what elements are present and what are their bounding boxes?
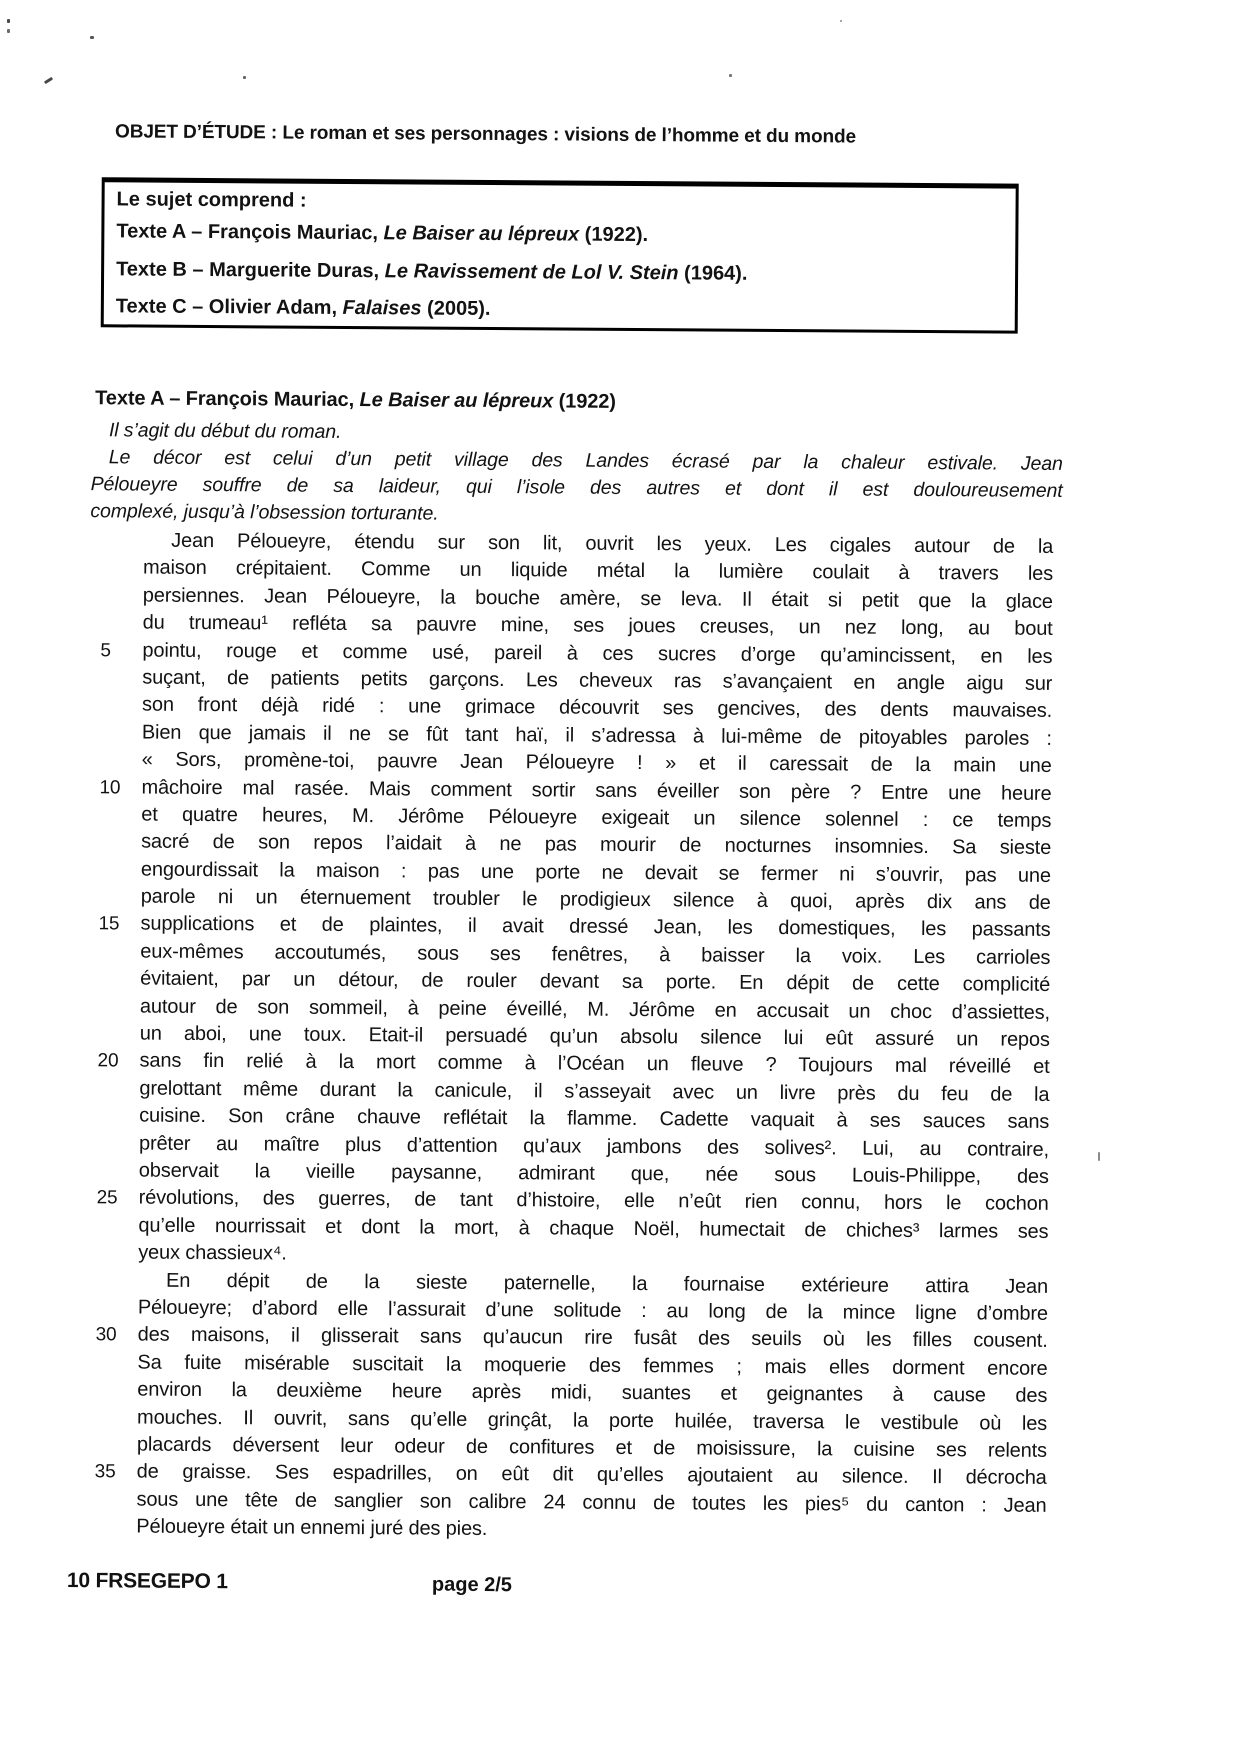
footer-reference: 10 FRSEGEPO 1 bbox=[67, 1569, 228, 1594]
scanned-exam-page: OBJET D’ÉTUDE : Le roman et ses personna… bbox=[0, 0, 1240, 1754]
line-number: 20 bbox=[97, 1048, 129, 1076]
texte-c-year: (2005). bbox=[421, 297, 490, 319]
sujet-box: Le sujet comprend : Texte A – François M… bbox=[101, 177, 1019, 333]
text-line: Péloueyre était un ennemi juré des pies. bbox=[94, 1513, 1046, 1547]
texte-c-title: Falaises bbox=[343, 297, 422, 320]
line-number: 15 bbox=[98, 911, 130, 939]
sujet-box-heading: Le sujet comprend : bbox=[117, 188, 1016, 217]
texte-b-title: Le Ravissement de Lol V. Stein bbox=[385, 260, 679, 284]
line-text: Péloueyre était un ennemi juré des pies. bbox=[136, 1514, 1046, 1548]
texte-a-title: Le Baiser au lépreux bbox=[383, 222, 579, 245]
line-number: 5 bbox=[100, 637, 132, 665]
texte-c-reference: Texte C – Olivier Adam, Falaises (2005). bbox=[116, 295, 491, 321]
texte-b-year: (1964). bbox=[678, 262, 747, 284]
line-number: 30 bbox=[96, 1322, 128, 1350]
section-heading-title: Le Baiser au lépreux bbox=[359, 389, 553, 412]
texte-b-author: Texte B – Marguerite Duras, bbox=[116, 258, 385, 282]
extract-body: Jean Péloueyre, étendu sur son lit, ouvr… bbox=[94, 527, 1053, 1547]
footer-page-number: page 2/5 bbox=[432, 1574, 512, 1598]
object-of-study-heading: OBJET D’ÉTUDE : Le roman et ses personna… bbox=[115, 121, 1015, 149]
line-number: 35 bbox=[95, 1459, 127, 1487]
line-number: 25 bbox=[97, 1185, 129, 1213]
texte-a-reference: Texte A – François Mauriac, Le Baiser au… bbox=[116, 220, 648, 247]
intro-italic-block: Il s’agit du début du roman.Le décor est… bbox=[90, 417, 1063, 532]
line-number: 10 bbox=[99, 774, 131, 802]
section-heading-year: (1922) bbox=[553, 390, 616, 412]
texte-c-author: Texte C – Olivier Adam, bbox=[116, 295, 343, 319]
texte-a-section-heading: Texte A – François Mauriac, Le Baiser au… bbox=[95, 387, 616, 414]
texte-a-author: Texte A – François Mauriac, bbox=[116, 220, 383, 244]
texte-b-reference: Texte B – Marguerite Duras, Le Ravisseme… bbox=[116, 258, 748, 285]
section-heading-author: Texte A – François Mauriac, bbox=[95, 387, 359, 411]
texte-a-year: (1922). bbox=[579, 224, 648, 246]
page-content: OBJET D’ÉTUDE : Le roman et ses personna… bbox=[0, 0, 1240, 1754]
